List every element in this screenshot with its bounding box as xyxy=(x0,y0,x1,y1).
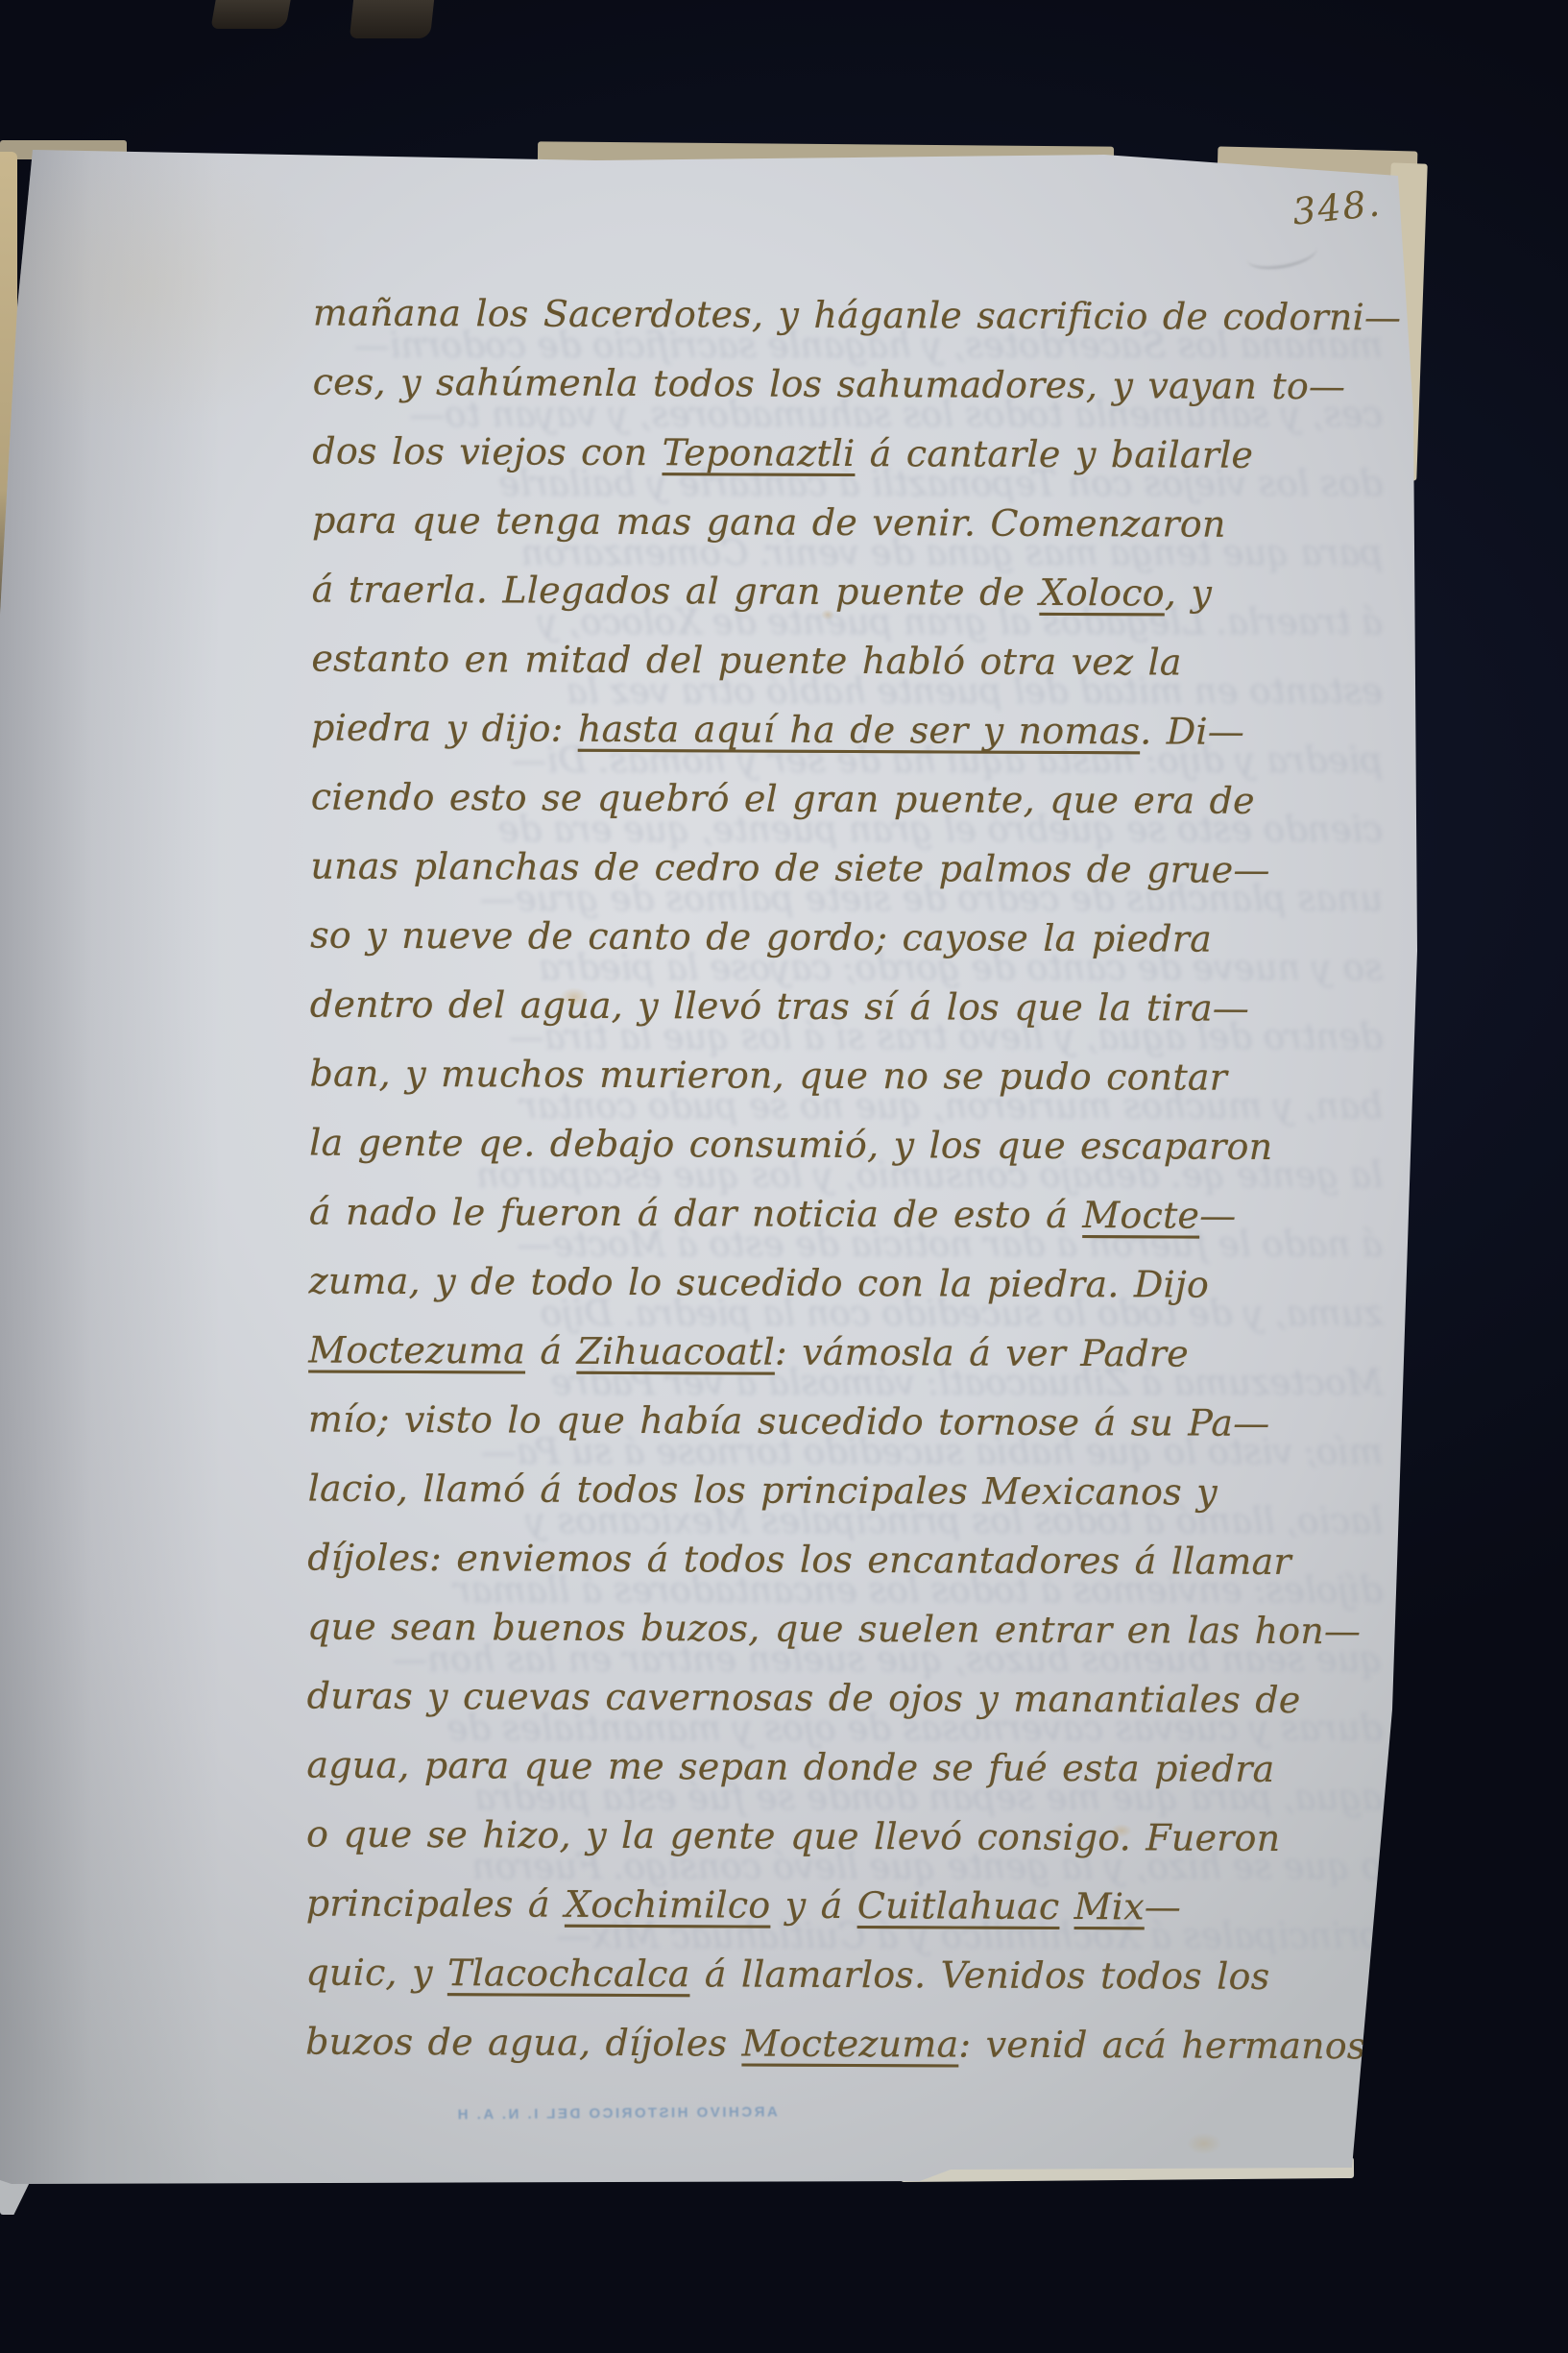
manuscript-line: Moctezuma á Zihuacoatl: vámosla á ver Pa… xyxy=(308,1329,1387,1403)
manuscript-word-segment: díjoles: enviemos á todos los encantador… xyxy=(307,1537,1291,1583)
underlined-word: Tlacochcalca xyxy=(447,1952,690,1995)
archive-stamp: ARCHIVO HISTORICO DEL I. N. A. H xyxy=(447,2103,785,2123)
manuscript-word-segment: á llamarlos. Venidos todos los xyxy=(689,1953,1269,1998)
manuscript-line: que sean buenos buzos, que suelen entrar… xyxy=(307,1606,1387,1680)
manuscript-word-segment: so y nueve de canto de gordo; cayose la … xyxy=(310,914,1212,960)
underlined-word: Mix xyxy=(1074,1885,1145,1928)
manuscript-word-segment: : vámosla á ver Padre xyxy=(775,1331,1189,1375)
manuscript-word-segment: mañana los Sacerdotes, y háganle sacrifi… xyxy=(313,292,1401,339)
manuscript-word-segment: o que se hizo, y la gente que llevó cons… xyxy=(306,1813,1280,1859)
page-number: 348. xyxy=(1291,182,1384,232)
manuscript-word-segment: que sean buenos buzos, que suelen entrar… xyxy=(307,1606,1361,1653)
manuscript-line: ces, y sahúmenla todos los sahumadores, … xyxy=(312,361,1391,435)
manuscript-word-segment: ban, y muchos murieron, que no se pudo c… xyxy=(309,1053,1227,1099)
manuscript-line: o que se hizo, y la gente que llevó cons… xyxy=(306,1813,1386,1887)
manuscript-word-segment: para que tenga mas gana de venir. Comenz… xyxy=(312,499,1226,546)
manuscript-word-segment: agua, para que me sepan donde se fué est… xyxy=(306,1744,1274,1790)
manuscript-line: estanto en mitad del puente habló otra v… xyxy=(311,638,1390,712)
manuscript-line: lacio, llamó á todos los principales Mex… xyxy=(307,1468,1387,1541)
manuscript-word-segment: dos los viejos con xyxy=(312,430,662,474)
manuscript-word-segment: y á xyxy=(770,1884,857,1927)
manuscript-word-segment: : venid acá hermanos xyxy=(958,2024,1365,2068)
manuscript-word-segment: — xyxy=(1145,1885,1181,1928)
manuscript-word-segment: ces, y sahúmenla todos los sahumadores, … xyxy=(313,361,1346,408)
manuscript-word-segment: dentro del agua, y llevó tras sí á los q… xyxy=(310,983,1249,1030)
manuscript-line: mío; visto lo que había sucedido tornose… xyxy=(308,1398,1387,1472)
manuscript-line: la gente qe. debajo consumió, y los que … xyxy=(309,1122,1388,1196)
manuscript-line: á nado le fueron á dar noticia de esto á… xyxy=(309,1191,1388,1265)
manuscript-line: á traerla. Llegados al gran puente de Xo… xyxy=(312,569,1391,643)
underlined-word: Teponaztli xyxy=(663,431,856,474)
manuscript-word-segment: ciendo esto se quebró el gran puente, qu… xyxy=(311,776,1255,822)
manuscript-text-block: mañana los Sacerdotes, y háganle sacrifi… xyxy=(305,292,1392,2095)
underlined-word: Moctezuma xyxy=(741,2023,958,2066)
manuscript-word-segment: — xyxy=(1199,1195,1236,1237)
manuscript-word-segment: á traerla. Llegados al gran puente de xyxy=(312,569,1040,614)
binding-cloth-fragment xyxy=(210,0,290,29)
manuscript-page: mañana los Sacerdotes, y háganle sacrifi… xyxy=(0,0,1568,2353)
manuscript-line: buzos de agua, díjoles Moctezuma: venid … xyxy=(305,2021,1385,2095)
manuscript-line: ciendo esto se quebró el gran puente, qu… xyxy=(311,776,1390,850)
manuscript-line: dentro del agua, y llevó tras sí á los q… xyxy=(310,983,1389,1057)
manuscript-word-segment: duras y cuevas cavernosas de ojos y mana… xyxy=(307,1675,1301,1722)
manuscript-word-segment: , y xyxy=(1165,571,1212,614)
manuscript-line: díjoles: enviemos á todos los encantador… xyxy=(307,1537,1387,1611)
underlined-word: Moctezuma xyxy=(308,1329,525,1372)
underlined-word: hasta aquí ha de ser y nomas xyxy=(578,708,1141,753)
manuscript-word-segment: zuma, y de todo lo sucedido con la piedr… xyxy=(308,1260,1209,1306)
manuscript-word-segment: mío; visto lo que había sucedido tornose… xyxy=(308,1398,1270,1444)
manuscript-line: ban, y muchos murieron, que no se pudo c… xyxy=(309,1053,1388,1127)
manuscript-word-segment: principales á xyxy=(306,1882,565,1926)
pencil-scribble xyxy=(1244,234,1319,274)
manuscript-word-segment: á cantarle y bailarle xyxy=(855,432,1253,476)
manuscript-line: duras y cuevas cavernosas de ojos y mana… xyxy=(306,1675,1386,1749)
underlined-word: Xoloco xyxy=(1039,571,1165,615)
underlined-word: Mocte xyxy=(1082,1194,1199,1237)
manuscript-word-segment: á xyxy=(525,1330,577,1372)
manuscript-word-segment: la gente qe. debajo consumió, y los que … xyxy=(309,1122,1272,1168)
underlined-word: Cuitlahuac xyxy=(857,1884,1060,1928)
manuscript-line: agua, para que me sepan donde se fué est… xyxy=(306,1744,1386,1818)
manuscript-word-segment: . Di— xyxy=(1140,710,1244,752)
manuscript-line: para que tenga mas gana de venir. Comenz… xyxy=(312,499,1391,573)
manuscript-line: so y nueve de canto de gordo; cayose la … xyxy=(310,914,1389,988)
manuscript-line: mañana los Sacerdotes, y háganle sacrifi… xyxy=(313,292,1392,366)
manuscript-word-segment: lacio, llamó á todos los principales Mex… xyxy=(308,1468,1218,1514)
manuscript-word-segment: unas planchas de cedro de siete palmos d… xyxy=(310,845,1269,891)
manuscript-line: piedra y dijo: hasta aquí ha de ser y no… xyxy=(311,707,1390,781)
manuscript-word-segment: piedra y dijo: xyxy=(311,707,578,750)
manuscript-word-segment: estanto en mitad del puente habló otra v… xyxy=(311,638,1181,684)
manuscript-line: quic, y Tlacochcalca á llamarlos. Venido… xyxy=(305,1952,1385,2026)
manuscript-word-segment: á nado le fueron á dar noticia de esto á xyxy=(309,1191,1083,1237)
underlined-word: Zihuacoatl xyxy=(576,1330,775,1373)
manuscript-word-segment: quic, y xyxy=(305,1952,447,1995)
manuscript-line: zuma, y de todo lo sucedido con la piedr… xyxy=(308,1260,1387,1334)
manuscript-line: unas planchas de cedro de siete palmos d… xyxy=(310,845,1389,919)
manuscript-line: dos los viejos con Teponaztli á cantarle… xyxy=(312,430,1391,504)
manuscript-word-segment: buzos de agua, díjoles xyxy=(305,2021,742,2065)
manuscript-word-segment xyxy=(1059,1885,1073,1928)
underlined-word: Xochimilco xyxy=(565,1883,771,1927)
manuscript-line: principales á Xochimilco y á Cuitlahuac … xyxy=(306,1882,1386,1956)
binding-cloth-fragment xyxy=(350,0,434,38)
